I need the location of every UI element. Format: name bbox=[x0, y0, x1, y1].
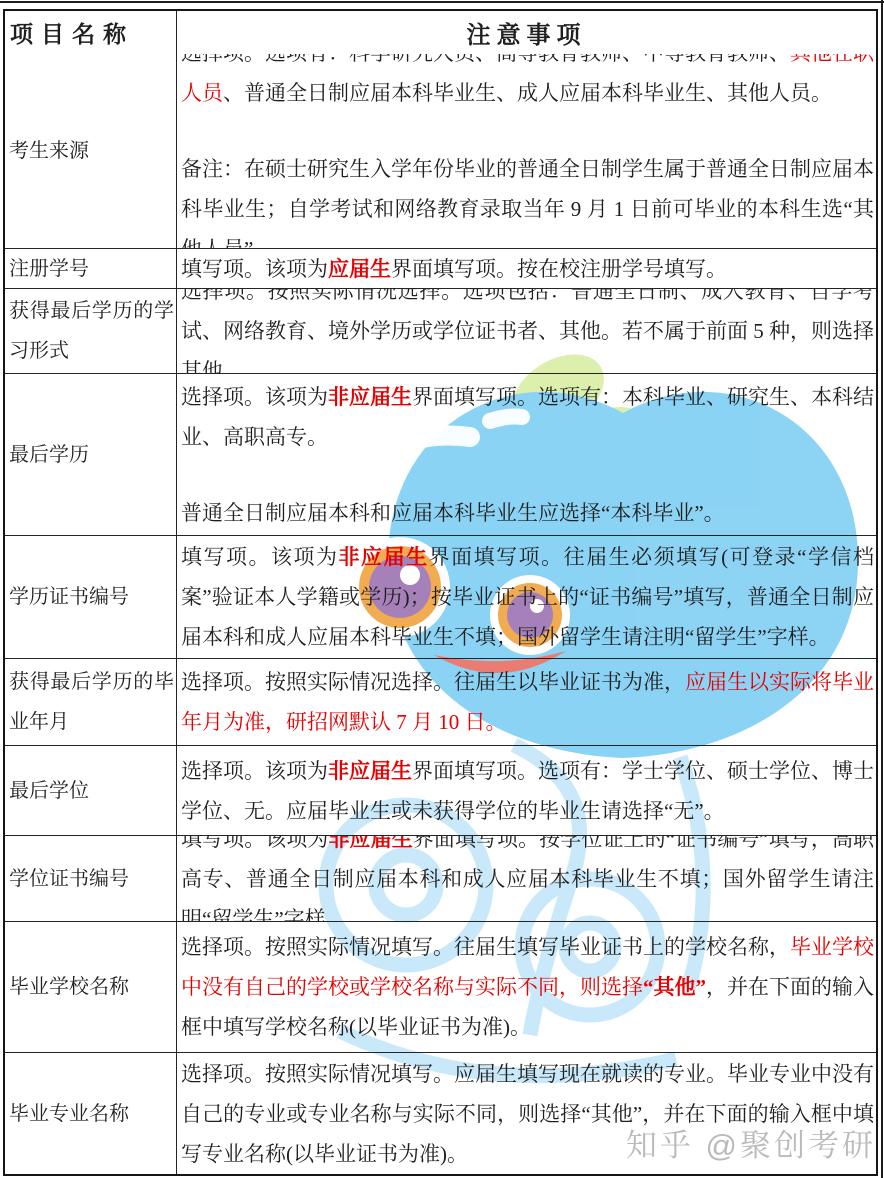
table-row: 学位证书编号填写项。该项为非应届生界面填写项。按学位证上的“证书编号”填写，高职… bbox=[5, 835, 876, 921]
item-name-label: 学位证书编号 bbox=[9, 859, 174, 899]
item-name-label: 获得最后学历的学习形式 bbox=[9, 291, 174, 371]
item-name-label: 学历证书编号 bbox=[9, 577, 174, 617]
notes-cell: 选择项。选项有：科学研究人员、高等教育教师、中等教育教师、其他在职人员、普通全日… bbox=[177, 54, 876, 248]
table-row: 最后学位选择项。该项为非应届生界面填写项。选项有：学士学位、硕士学位、博士学位、… bbox=[5, 745, 876, 835]
item-name-label: 注册学号 bbox=[9, 249, 174, 289]
item-name-label: 毕业学校名称 bbox=[9, 967, 174, 1007]
table-header-row: 项目名称 注意事项 bbox=[5, 11, 876, 54]
table-row: 学历证书编号填写项。该项为非应届生界面填写项。往届生必须填写(可登录“学信档案”… bbox=[5, 535, 876, 658]
item-name-cell: 最后学历 bbox=[5, 374, 177, 535]
item-name-cell: 获得最后学历的学习形式 bbox=[5, 289, 177, 373]
table-row: 考生来源选择项。选项有：科学研究人员、高等教育教师、中等教育教师、其他在职人员、… bbox=[5, 54, 876, 248]
page-top-rule bbox=[0, 1, 884, 3]
page-right-rule bbox=[881, 0, 883, 1178]
notes-cell: 选择项。按照实际情况填写。往届生填写毕业证书上的学校名称，毕业学校中没有自己的学… bbox=[177, 922, 876, 1052]
notes-cell: 填写项。该项为应届生界面填写项。按在校注册学号填写。 bbox=[177, 249, 876, 288]
item-name-cell: 毕业专业名称 bbox=[5, 1053, 177, 1174]
table-row: 获得最后学历的学习形式选择项。按照实际情况选择。选项包括：普通全日制、成人教育、… bbox=[5, 288, 876, 373]
notes-paragraph: 填写项。该项为非应届生界面填写项。按学位证上的“证书编号”填写，高职高专、普通全… bbox=[181, 836, 874, 921]
notes-paragraph: 备注：在硕士研究生入学年份毕业的普通全日制学生属于普通全日制应届本科毕业生；自学… bbox=[181, 149, 874, 248]
item-name-cell: 获得最后学历的毕业年月 bbox=[5, 659, 177, 745]
notes-cell: 选择项。该项为非应届生界面填写项。选项有：本科毕业、研究生、本科结业、高职高专。… bbox=[177, 374, 876, 535]
zhihu-watermark-text: 知乎 @聚创考研 bbox=[626, 1120, 876, 1165]
item-name-cell: 注册学号 bbox=[5, 249, 177, 288]
header-item-name: 项目名称 bbox=[5, 11, 177, 54]
notes-paragraph: 选择项。按照实际情况选择。选项包括：普通全日制、成人教育、自学考试、网络教育、境… bbox=[181, 289, 874, 373]
document-page: { "table": { "header": { "col1": "项目名称",… bbox=[0, 0, 884, 1178]
table-rows: 考生来源选择项。选项有：科学研究人员、高等教育教师、中等教育教师、其他在职人员、… bbox=[5, 54, 876, 1174]
notes-table: 项目名称 注意事项 考生来源选择项。选项有：科学研究人员、高等教育教师、中等教育… bbox=[3, 9, 878, 1176]
item-name-label: 最后学历 bbox=[9, 435, 174, 475]
notes-cell: 选择项。按照实际情况选择。选项包括：普通全日制、成人教育、自学考试、网络教育、境… bbox=[177, 289, 876, 373]
notes-cell: 填写项。该项为非应届生界面填写项。按学位证上的“证书编号”填写，高职高专、普通全… bbox=[177, 836, 876, 921]
table-row: 最后学历选择项。该项为非应届生界面填写项。选项有：本科毕业、研究生、本科结业、高… bbox=[5, 373, 876, 535]
item-name-label: 获得最后学历的毕业年月 bbox=[9, 662, 174, 742]
table-row: 获得最后学历的毕业年月选择项。按照实际情况选择。往届生以毕业证书为准，应届生以实… bbox=[5, 658, 876, 745]
notes-cell: 选择项。按照实际情况选择。往届生以毕业证书为准，应届生以实际将毕业年月为准，研招… bbox=[177, 659, 876, 745]
item-name-cell: 考生来源 bbox=[5, 54, 177, 248]
table-row: 毕业学校名称选择项。按照实际情况填写。往届生填写毕业证书上的学校名称，毕业学校中… bbox=[5, 921, 876, 1052]
item-name-cell: 毕业学校名称 bbox=[5, 922, 177, 1052]
notes-paragraph: 选择项。选项有：科学研究人员、高等教育教师、中等教育教师、其他在职人员、普通全日… bbox=[181, 54, 874, 113]
notes-cell: 选择项。该项为非应届生界面填写项。选项有：学士学位、硕士学位、博士学位、无。应届… bbox=[177, 746, 876, 835]
item-name-cell: 最后学位 bbox=[5, 746, 177, 835]
notes-paragraph: 选择项。按照实际情况选择。往届生以毕业证书为准，应届生以实际将毕业年月为准，研招… bbox=[181, 662, 874, 742]
notes-cell: 填写项。该项为非应届生界面填写项。往届生必须填写(可登录“学信档案”验证本人学籍… bbox=[177, 536, 876, 658]
header-notes: 注意事项 bbox=[177, 11, 876, 54]
item-name-label: 毕业专业名称 bbox=[9, 1094, 174, 1134]
table-row: 注册学号填写项。该项为应届生界面填写项。按在校注册学号填写。 bbox=[5, 248, 876, 288]
notes-paragraph: 选择项。该项为非应届生界面填写项。选项有：本科毕业、研究生、本科结业、高职高专。 bbox=[181, 377, 874, 457]
item-name-cell: 学历证书编号 bbox=[5, 536, 177, 658]
notes-paragraph: 普通全日制应届本科和应届本科毕业生应选择“本科毕业”。 bbox=[181, 493, 874, 533]
notes-paragraph: 选择项。该项为非应届生界面填写项。选项有：学士学位、硕士学位、博士学位、无。应届… bbox=[181, 751, 874, 831]
item-name-cell: 学位证书编号 bbox=[5, 836, 177, 921]
notes-paragraph: 选择项。按照实际情况填写。往届生填写毕业证书上的学校名称，毕业学校中没有自己的学… bbox=[181, 927, 874, 1047]
notes-paragraph: 填写项。该项为非应届生界面填写项。往届生必须填写(可登录“学信档案”验证本人学籍… bbox=[181, 537, 874, 657]
item-name-label: 考生来源 bbox=[9, 131, 174, 171]
notes-paragraph: 填写项。该项为应届生界面填写项。按在校注册学号填写。 bbox=[181, 249, 874, 288]
item-name-label: 最后学位 bbox=[9, 771, 174, 811]
